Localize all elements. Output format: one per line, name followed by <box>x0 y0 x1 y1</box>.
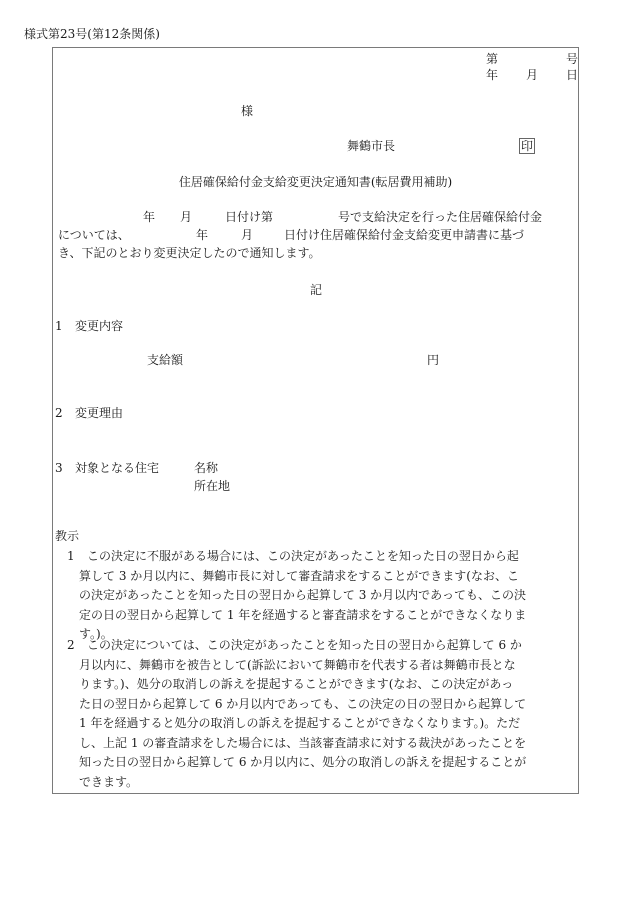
intro-line1-rest: 号で支給決定を行った住居確保給付金 <box>338 211 542 223</box>
section-2-number: 2 <box>55 407 63 419</box>
notice-item-2-line: できます。 <box>79 773 526 793</box>
notice-item-1-line: の決定があったことを知った日の翌日から起算して 3 か月以内であっても、この決 <box>79 586 526 606</box>
section-3-label: 対象となる住宅 <box>75 462 159 474</box>
notice-item-2-line: この決定については、この決定があったことを知った日の翌日から起算して 6 か <box>87 636 526 656</box>
issuer-title: 舞鶴市長 <box>347 140 395 152</box>
section-1-label: 変更内容 <box>75 320 123 332</box>
section-2-label: 変更理由 <box>75 407 123 419</box>
amount-label: 支給額 <box>147 354 183 366</box>
intro-line2-start: については、 <box>58 229 130 241</box>
section-1-number: 1 <box>55 320 63 332</box>
housing-address-label: 所在地 <box>194 480 230 492</box>
document-title: 住居確保給付金支給変更決定通知書(転居費用補助) <box>52 176 579 188</box>
doc-number-prefix: 第 <box>486 53 498 65</box>
notice-item-2-line: し、上記 1 の審査請求をした場合には、当該審査請求に対する裁決があったことを <box>79 734 526 754</box>
notice-item-1-number: 1 <box>67 547 75 567</box>
date-year: 年 <box>486 69 498 81</box>
notice-item-2-line: 月以内に、舞鶴市を被告として(訴訟において舞鶴市を代表する者は舞鶴市長とな <box>79 656 526 676</box>
seal-mark: 印 <box>519 138 535 154</box>
addressee-suffix: 様 <box>241 105 253 117</box>
date-month: 月 <box>526 69 538 81</box>
notice-item-2-line: ります。)、処分の取消しの訴えを提起することができます(なお、この決定があっ <box>79 675 526 695</box>
housing-name-label: 名称 <box>194 462 218 474</box>
intro-line1-year: 年 <box>143 211 155 223</box>
notice-item-2-number: 2 <box>67 636 75 656</box>
notice-item-1-line: 定の日の翌日から起算して 1 年を経過すると審査請求をすることができなくなりま <box>79 606 526 626</box>
doc-number-suffix: 号 <box>566 53 578 65</box>
intro-line3: き、下記のとおり変更決定したので通知します。 <box>58 247 321 259</box>
intro-line2-year: 年 <box>196 229 208 241</box>
intro-line1-month: 月 <box>180 211 192 223</box>
notice-item-2-line: 知った日の翌日から起算して 6 か月以内に、処分の取消しの訴えを提起することが <box>79 753 526 773</box>
ki-heading: 記 <box>310 284 322 296</box>
notice-heading: 教示 <box>55 530 79 542</box>
intro-line2-rest: 日付け住居確保給付金支給変更申請書に基づ <box>284 229 524 241</box>
seal-icon: 印 <box>519 138 535 154</box>
section-3-number: 3 <box>55 462 63 474</box>
notice-item-2-line: た日の翌日から起算して 6 か月以内であっても、この決定の日の翌日から起算して <box>79 695 526 715</box>
form-number-label: 様式第23号(第12条関係) <box>24 28 160 40</box>
notice-item-2-line: 1 年を経過すると処分の取消しの訴えを提起することができなくなります。)。ただ <box>79 714 526 734</box>
intro-line2-month: 月 <box>241 229 253 241</box>
notice-item-1-line: この決定に不服がある場合には、この決定があったことを知った日の翌日から起 <box>87 547 526 567</box>
date-day: 日 <box>566 69 578 81</box>
intro-line1-dayno: 日付け第 <box>225 211 273 223</box>
notice-item-1-line: 算して 3 か月以内に、舞鶴市長に対して審査請求をすることができます(なお、こ <box>79 567 526 587</box>
amount-unit: 円 <box>427 354 439 366</box>
